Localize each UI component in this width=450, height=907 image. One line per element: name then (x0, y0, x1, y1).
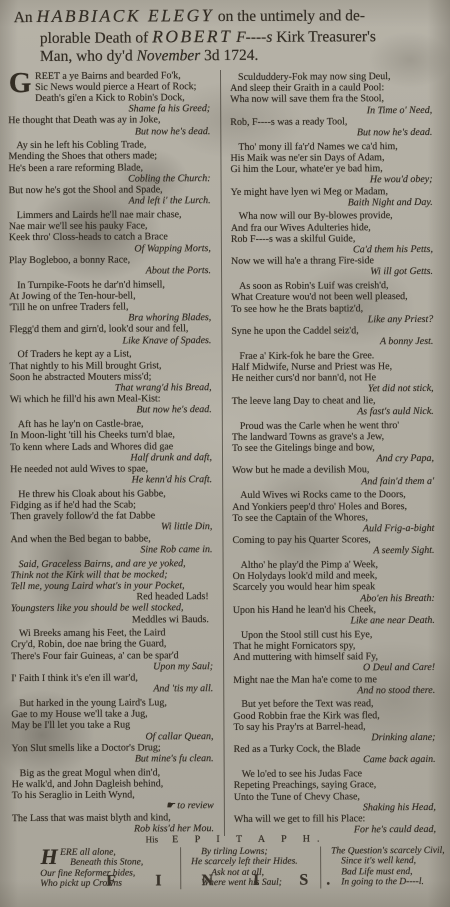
poem-line: Yet did not stick, (232, 383, 444, 395)
poem-line: And fain'd them a' (232, 475, 444, 487)
poem-line: Shaking his Head, (234, 802, 446, 814)
poem-line: He kenn'd his Craft. (10, 474, 222, 486)
poem-line: Shame fa his Greed; (8, 103, 220, 115)
poem-line: Auld Frig-a-bight (232, 523, 444, 535)
poem-lines-right: Sculduddery-Fok may now sing Deul,And sl… (230, 71, 446, 837)
epitaph-heading-his: His (146, 834, 159, 844)
poem-line: But now he's dead. (230, 127, 442, 139)
poem-line: Baith Night and Day. (231, 197, 443, 209)
title-text: ROBERT (152, 25, 232, 45)
title-line-2: plorable Death of ROBERT F----s Kirk Tre… (14, 25, 442, 48)
poem-line: ☛ to review (12, 800, 224, 812)
title-line-3: Man, who dy'd November 3d 1724. (14, 46, 442, 67)
dropcap-g: G (8, 72, 32, 95)
poem-line: A bonny Jest. (231, 336, 443, 348)
poem-column-left: G REET a ye Bairns and bearded Fo'k,Sic … (8, 70, 224, 838)
title-text: An (14, 9, 37, 26)
title-text: Man, who dy'd (40, 47, 137, 65)
title-text: F----s (232, 28, 272, 45)
poem-line: In Time o' Need, (230, 104, 442, 116)
poem-line: Like Knave of Spades. (9, 335, 221, 347)
poem-line: Half drunk and daft, (10, 452, 222, 464)
poem-line: But now he's dead. (8, 126, 220, 138)
poem-line: And 'tis my all. (11, 683, 223, 695)
poem-line: Drinking alane; (233, 732, 445, 744)
poem-column-right: Sculduddery-Fok may now sing Deul,And sl… (220, 68, 446, 836)
poem-line: And left i' the Lurch. (9, 195, 221, 207)
title-text: 3d 1724. (200, 47, 258, 64)
poem-line: Red headed Lads! (11, 591, 223, 603)
poem-line: That wrang'd his Bread, (10, 382, 222, 394)
title-line-1: An HABBIACK ELEGY on the untimely and de… (14, 5, 442, 28)
dropcap-h: H (40, 848, 58, 866)
poem-line: Upon my Saul; (11, 661, 223, 673)
epitaph-heading-title: E P I T A P H. (172, 833, 326, 845)
poem-line: Sic News would pierce a Heart of Rock; (8, 81, 220, 93)
poem-line: About the Ports. (9, 265, 221, 277)
poem-lines-left: REET a ye Bairns and bearded Fo'k,Sic Ne… (8, 70, 224, 836)
poem-line: But mine's fu clean. (12, 753, 224, 765)
epitaph-line: He scarcely left their Hides. (191, 857, 320, 868)
poem-line: Cobling the Church: (9, 173, 221, 185)
poem-line: Sine Rob came in. (10, 544, 222, 556)
title-text: Kirk Treasurer's (272, 28, 376, 46)
epitaph-line: Beneath this Stone, (40, 858, 180, 869)
title-text: HABBIACK ELEGY (36, 5, 214, 26)
poem-line: Came back again. (234, 754, 446, 766)
poem-columns: G REET a ye Bairns and bearded Fo'k,Sic … (0, 64, 450, 837)
poem-line: And no stood there. (233, 685, 445, 697)
poem-line: He wou'd obey; (231, 174, 443, 186)
poem-line: Like ane near Death. (233, 615, 445, 627)
epitaph-heading: HisE P I T A P H. (28, 832, 444, 847)
epitaph-line: Since it's well kend, (331, 856, 445, 867)
title-block: An HABBIACK ELEGY on the untimely and de… (0, 0, 448, 67)
finis-text: F I N I S. (106, 871, 348, 890)
title-text: on the untimely and de- (214, 7, 365, 25)
poem-line: O Deul and Care! (233, 662, 445, 674)
poem-line: Wi ill got Getts. (231, 266, 443, 278)
poem-line: Wi little Din, (10, 521, 222, 533)
poem-line: Like any Priest? (231, 314, 443, 326)
title-text: November (137, 47, 201, 64)
poem-line: Meddles wi Bauds. (11, 614, 223, 626)
poem-line: Ca'd them his Petts, (231, 244, 443, 256)
poem-line: But now he's dead. (10, 404, 222, 416)
title-text: plorable Death of (40, 29, 152, 47)
poem-line: A seemly Sight. (232, 545, 444, 557)
poem-line: Of callar Quean, (11, 731, 223, 743)
poem-line: As fast's auld Nick. (232, 406, 444, 418)
poem-line: Of Wapping Morts, (9, 243, 221, 255)
broadside-sheet: An HABBIACK ELEGY on the untimely and de… (0, 0, 450, 907)
poem-line: Abo'en his Breath: (233, 592, 445, 604)
poem-line: And cry Papa, (232, 453, 444, 465)
